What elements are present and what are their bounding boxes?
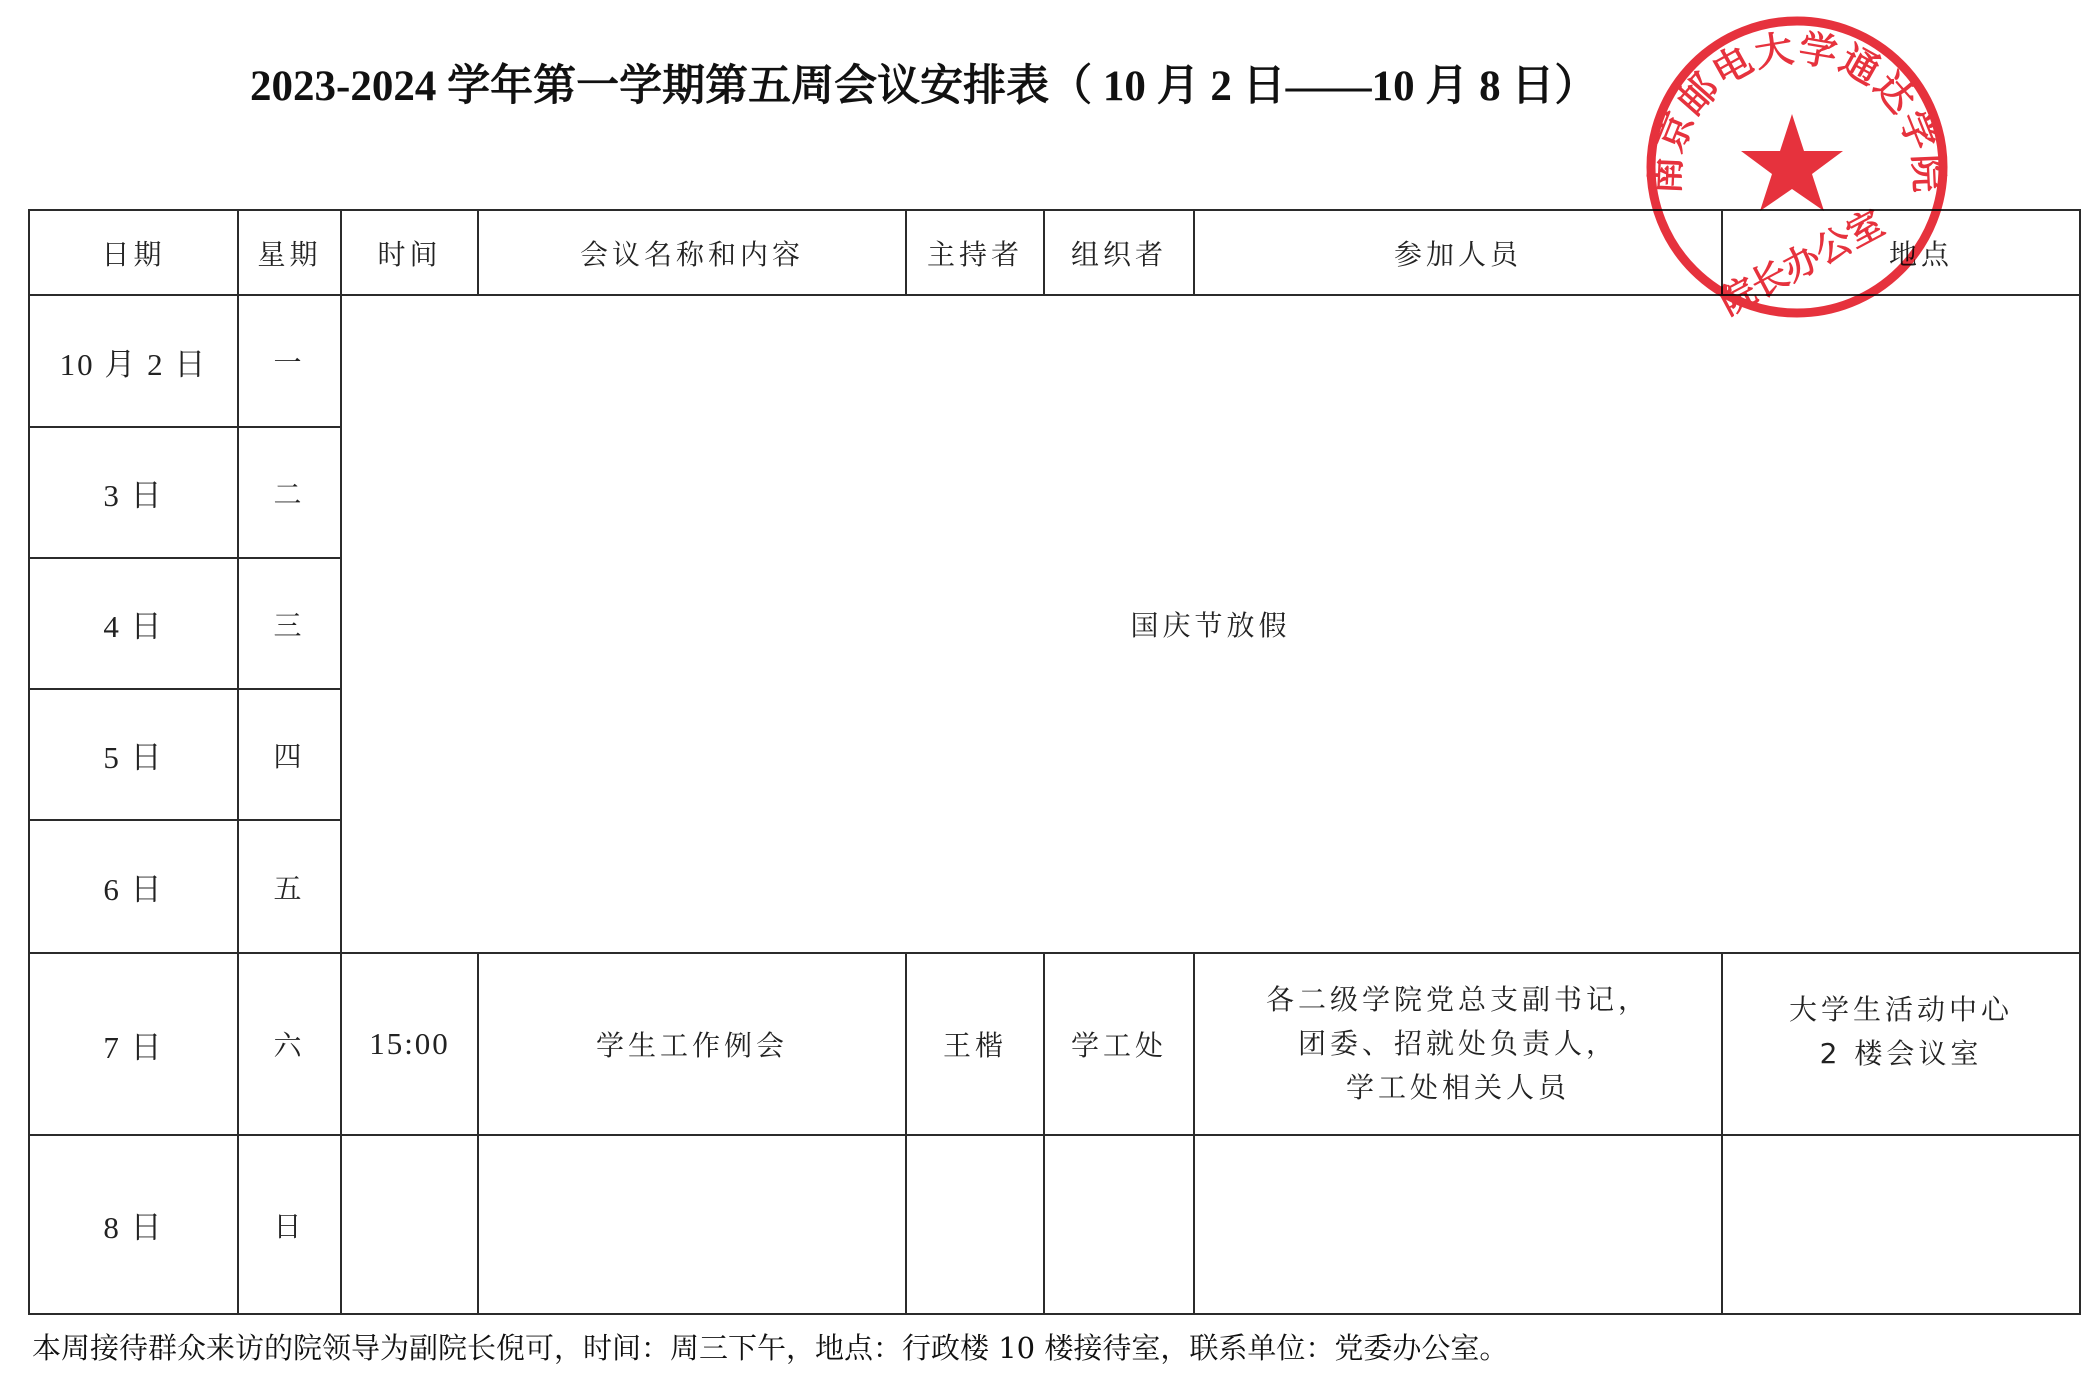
location-line: 2 楼会议室 (1723, 1032, 2079, 1076)
page-title: 2023-2024 学年第一学期第五周会议安排表（ 10 月 2 日——10 月… (250, 52, 1597, 113)
date-cell: 10 月 2 日 (29, 295, 238, 427)
location-line: 大学生活动中心 (1723, 988, 2079, 1032)
meeting-schedule-table: 日期 星期 时间 会议名称和内容 主持者 组织者 参加人员 地点 10 月 2 … (28, 209, 2081, 1315)
attendees-cell: 各二级学院党总支副书记， 团委、招就处负责人， 学工处相关人员 (1194, 953, 1722, 1135)
weekday-cell: 一 (238, 295, 341, 427)
header-date: 日期 (29, 210, 238, 295)
weekday-cell: 六 (238, 953, 341, 1135)
weekday-cell: 三 (238, 558, 341, 689)
weekday-cell: 二 (238, 427, 341, 558)
location-cell (1722, 1135, 2080, 1314)
host-cell (906, 1135, 1044, 1314)
attendees-line: 团委、招就处负责人， (1195, 1022, 1721, 1066)
weekday-cell: 四 (238, 689, 341, 820)
location-cell: 大学生活动中心 2 楼会议室 (1722, 953, 2080, 1135)
attendees-line: 学工处相关人员 (1195, 1066, 1721, 1110)
header-weekday: 星期 (238, 210, 341, 295)
weekday-cell: 日 (238, 1135, 341, 1314)
svg-text:南京邮电大学通达学院: 南京邮电大学通达学院 (1644, 26, 1950, 195)
header-location: 地点 (1722, 210, 2080, 295)
table-row: 8 日 日 (29, 1135, 2080, 1314)
footer-note: 本周接待群众来访的院领导为副院长倪可，时间：周三下午，地点：行政楼 10 楼接待… (32, 1326, 1508, 1367)
date-cell: 5 日 (29, 689, 238, 820)
holiday-cell: 国庆节放假 (341, 295, 2080, 953)
meeting-cell (478, 1135, 906, 1314)
weekday-cell: 五 (238, 820, 341, 953)
date-cell: 4 日 (29, 558, 238, 689)
table-row: 10 月 2 日 一 国庆节放假 (29, 295, 2080, 427)
attendees-line: 各二级学院党总支副书记， (1195, 978, 1721, 1022)
date-cell: 7 日 (29, 953, 238, 1135)
date-cell: 8 日 (29, 1135, 238, 1314)
time-cell: 15:00 (341, 953, 478, 1135)
table-row: 7 日 六 15:00 学生工作例会 王楷 学工处 各二级学院党总支副书记， 团… (29, 953, 2080, 1135)
host-cell: 王楷 (906, 953, 1044, 1135)
organizer-cell: 学工处 (1044, 953, 1194, 1135)
attendees-cell (1194, 1135, 1722, 1314)
table-header-row: 日期 星期 时间 会议名称和内容 主持者 组织者 参加人员 地点 (29, 210, 2080, 295)
header-attendees: 参加人员 (1194, 210, 1722, 295)
star-icon (1741, 114, 1843, 211)
organizer-cell (1044, 1135, 1194, 1314)
header-time: 时间 (341, 210, 478, 295)
header-host: 主持者 (906, 210, 1044, 295)
header-organizer: 组织者 (1044, 210, 1194, 295)
meeting-cell: 学生工作例会 (478, 953, 906, 1135)
date-cell: 6 日 (29, 820, 238, 953)
header-meeting: 会议名称和内容 (478, 210, 906, 295)
date-cell: 3 日 (29, 427, 238, 558)
stamp-outer-text: 南京邮电大学通达学院 (1644, 26, 1950, 195)
time-cell (341, 1135, 478, 1314)
